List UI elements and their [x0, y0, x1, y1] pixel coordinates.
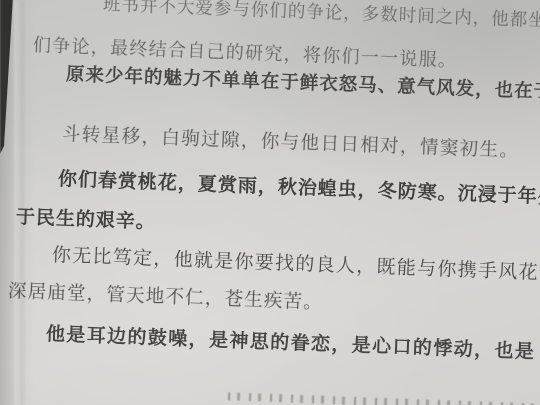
photographed-document: 班书并不大爱参与你们的争论，多数时间之内，他都坐在 们争论，最终结合自己的研究，…: [0, 0, 540, 405]
cropped-bottom-text-tops: [228, 392, 540, 405]
text-line-9: 他是耳边的鼓噪，是神思的眷恋，是心口的悸动，也是: [46, 319, 536, 364]
text-line-4: 斗转星移，白驹过隙，你与他日日相对，情窦初生。: [62, 120, 520, 163]
text-line-1: 班书并不大爱参与你们的争论，多数时间之内，他都坐在: [103, 0, 540, 33]
text-line-8: 深居庙堂，管天地不仁，苍生疾苦。: [8, 277, 324, 315]
text-line-5: 你们春赏桃花，夏赏雨，秋治蝗虫，冬防寒。沉浸于年少: [58, 164, 540, 209]
text-line-7: 你无比笃定，他就是你要找的良人，既能与你携手风花: [52, 240, 540, 285]
text-line-6: 于民生的艰辛。: [16, 202, 157, 234]
